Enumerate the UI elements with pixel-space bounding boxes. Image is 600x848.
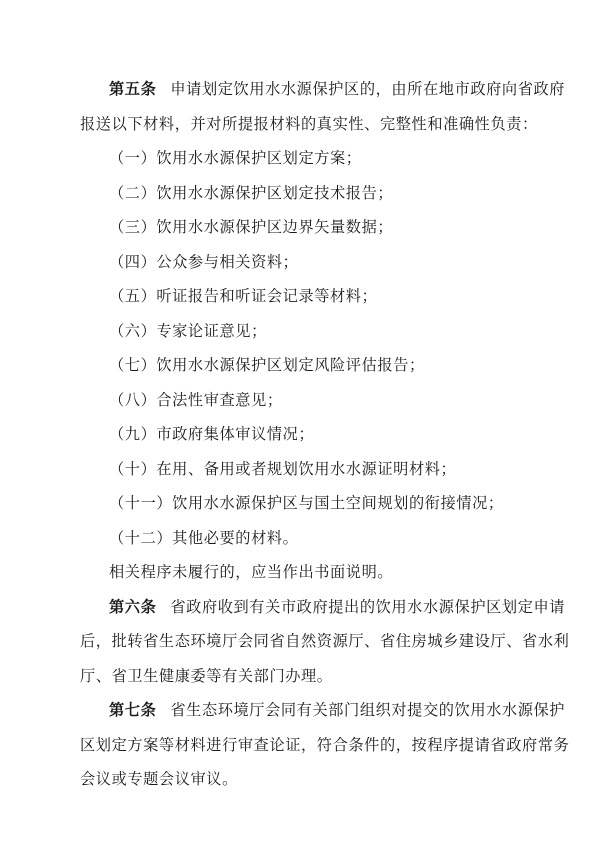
- article-5-item-1: （一）饮用水水源保护区划定方案；: [80, 141, 520, 176]
- article-7-line-3: 会议或专题会议审议。: [80, 762, 520, 797]
- article-7-line-2: 区划定方案等材料进行审查论证，符合条件的，按程序提请省政府常务: [80, 728, 517, 763]
- article-7-line-1: 第七条省生态环境厅会同有关部门组织对提交的饮用水水源保护: [80, 693, 517, 728]
- article-5-text-1: 申请划定饮用水水源保护区的，由所在地市政府向省政府: [170, 80, 565, 98]
- article-6-line-3: 厅、省卫生健康委等有关部门办理。: [80, 659, 520, 694]
- document-page: 第五条申请划定饮用水水源保护区的，由所在地市政府向省政府 报送以下材料，并对所提…: [80, 72, 520, 797]
- article-5-line-1: 第五条申请划定饮用水水源保护区的，由所在地市政府向省政府: [80, 72, 517, 107]
- article-5-heading: 第五条: [109, 80, 156, 98]
- article-5-note: 相关程序未履行的，应当作出书面说明。: [80, 555, 520, 590]
- article-5-item-5: （五）听证报告和听证会记录等材料；: [80, 279, 520, 314]
- article-6-heading: 第六条: [109, 598, 156, 616]
- article-5-item-2: （二）饮用水水源保护区划定技术报告；: [80, 176, 520, 211]
- article-6-line-2: 后，批转省生态环境厅会同省自然资源厅、省住房城乡建设厅、省水利: [80, 624, 517, 659]
- article-6-line-1: 第六条省政府收到有关市政府提出的饮用水水源保护区划定申请: [80, 590, 517, 625]
- article-5-item-12: （十二）其他必要的材料。: [80, 521, 520, 556]
- article-5-line-2: 报送以下材料，并对所提报材料的真实性、完整性和准确性负责：: [80, 107, 520, 142]
- article-5-item-3: （三）饮用水水源保护区边界矢量数据；: [80, 210, 520, 245]
- article-6-text-1: 省政府收到有关市政府提出的饮用水水源保护区划定申请: [170, 598, 565, 616]
- article-5-item-10: （十）在用、备用或者规划饮用水水源证明材料；: [80, 452, 520, 487]
- article-5-item-7: （七）饮用水水源保护区划定风险评估报告；: [80, 348, 520, 383]
- article-5-item-4: （四）公众参与相关资料；: [80, 245, 520, 280]
- article-7-heading: 第七条: [109, 701, 156, 719]
- article-5-item-11: （十一）饮用水水源保护区与国土空间规划的衔接情况；: [80, 486, 520, 521]
- article-7-text-1: 省生态环境厅会同有关部门组织对提交的饮用水水源保护: [170, 701, 565, 719]
- article-5-item-8: （八）合法性审查意见；: [80, 383, 520, 418]
- article-5-item-6: （六）专家论证意见；: [80, 314, 520, 349]
- article-5-item-9: （九）市政府集体审议情况；: [80, 417, 520, 452]
